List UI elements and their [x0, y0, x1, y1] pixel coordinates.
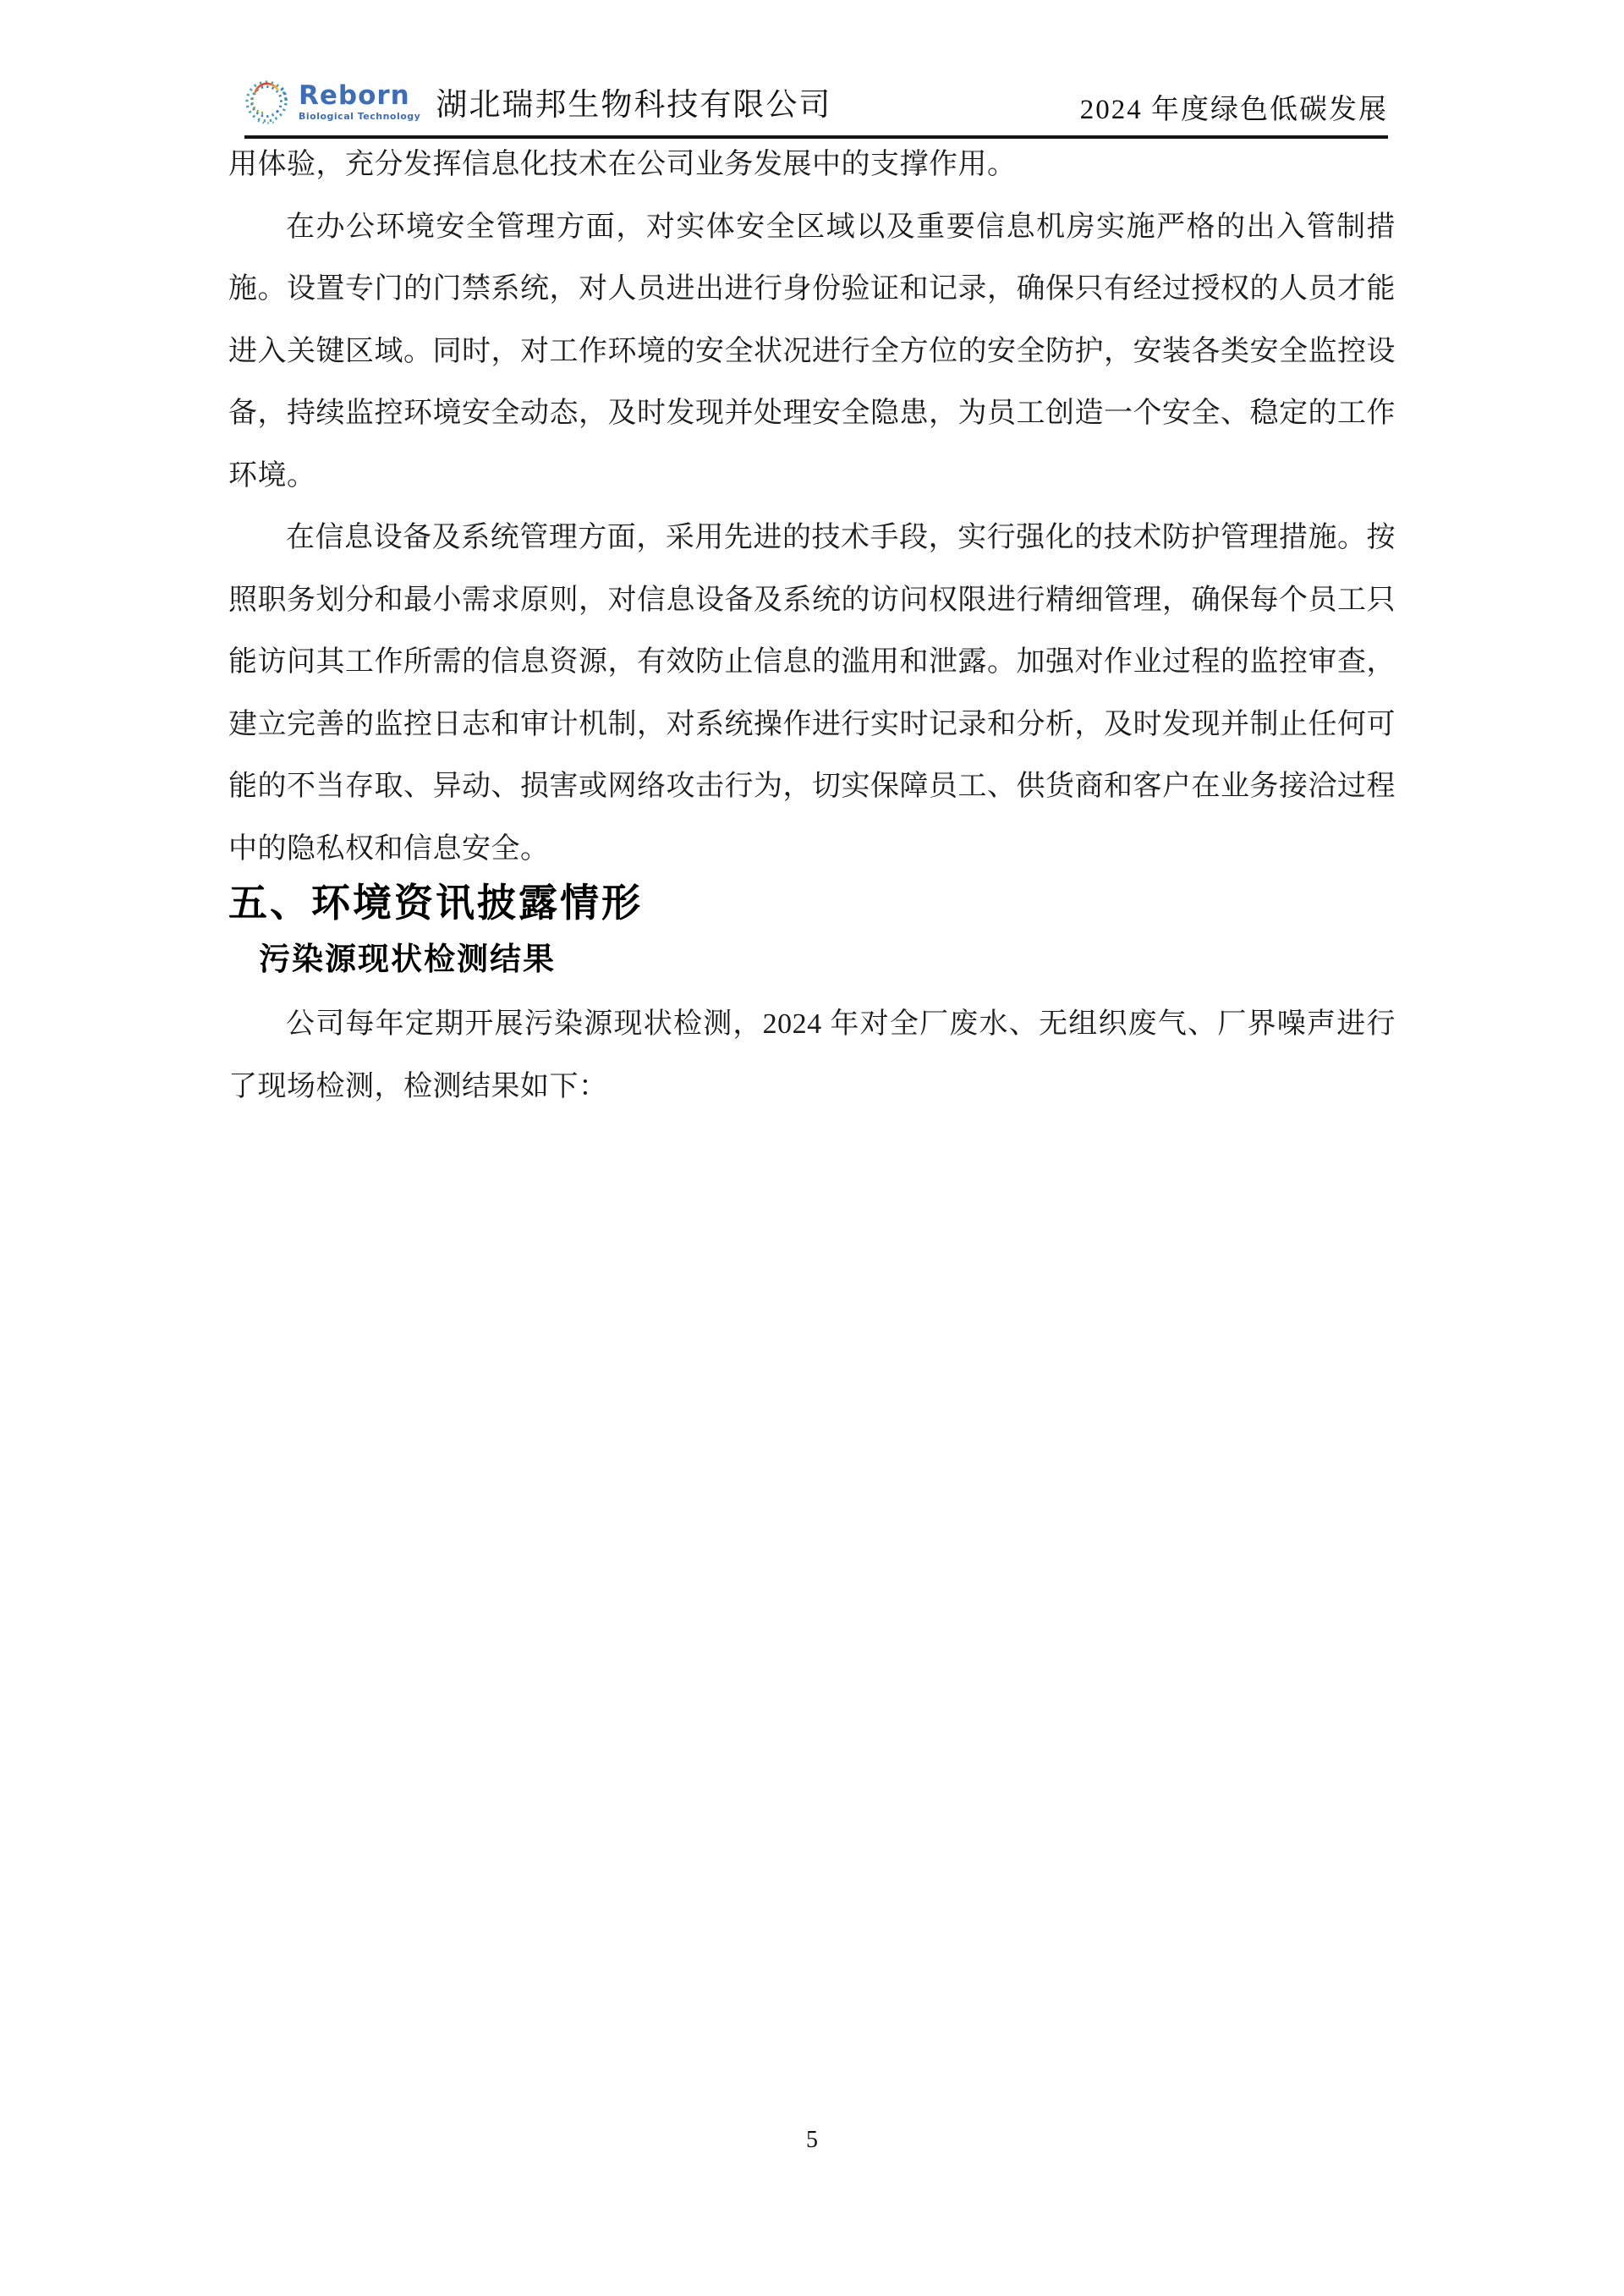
page-header: Reborn Biological Technology 湖北瑞邦生物科技有限公…: [244, 74, 1388, 139]
paragraph-it-security: 在信息设备及系统管理方面，采用先进的技术手段，实行强化的技术防护管理措施。按照职…: [228, 507, 1396, 880]
page-number: 5: [0, 2127, 1624, 2154]
paragraph-office-security: 在办公环境安全管理方面，对实体安全区域以及重要信息机房实施严格的出入管制措施。设…: [228, 196, 1396, 508]
reborn-swirl-logo-icon: [244, 77, 290, 126]
brand-tagline: Biological Technology: [299, 112, 420, 121]
paragraph-continuation: 用体验，充分发挥信息化技术在公司业务发展中的支撑作用。: [228, 134, 1396, 196]
brand-wordmark: Reborn Biological Technology: [299, 83, 420, 121]
document-body: 用体验，充分发挥信息化技术在公司业务发展中的支撑作用。 在办公环境安全管理方面，…: [228, 134, 1396, 1118]
paragraph-monitoring: 公司每年定期开展污染源现状检测，2024 年对全厂废水、无组织废气、厂界噪声进行…: [228, 993, 1396, 1118]
report-title: 2024 年度绿色低碳发展: [1080, 87, 1388, 129]
company-name: 湖北瑞邦生物科技有限公司: [436, 79, 831, 124]
section-heading: 五、环境资讯披露情形: [228, 880, 1396, 926]
brand-name: Reborn: [299, 83, 420, 109]
document-page: Reborn Biological Technology 湖北瑞邦生物科技有限公…: [0, 0, 1624, 2296]
company-logo-block: Reborn Biological Technology 湖北瑞邦生物科技有限公…: [244, 77, 831, 126]
sub-heading: 污染源现状检测结果: [259, 939, 1396, 980]
